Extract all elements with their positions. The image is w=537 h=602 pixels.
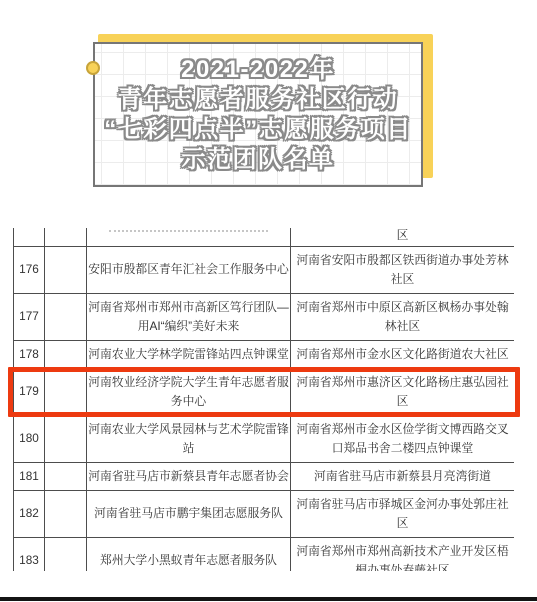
row-number-cell: 179 <box>14 368 45 415</box>
community-cell: 河南省郑州市金水区俭学街文博西路交叉口郑品书舍二楼四点钟课堂 <box>291 415 515 462</box>
team-table: 区 176安阳市殷都区青年汇社会工作服务中心河南省安阳市殷都区铁西街道办事处芳林… <box>13 228 514 571</box>
table-row: 180河南农业大学风景园林与艺术学院雷锋站河南省郑州市金水区俭学街文博西路交叉口… <box>14 415 515 462</box>
table-row: 177河南省郑州市郑州市高新区笃行团队—用AI“编织”美好未来河南省郑州市中原区… <box>14 293 515 340</box>
table-row: 183郑州大学小黑蚁青年志愿者服务队河南省郑州市郑州高新技术产业开发区梧桐办事处… <box>14 537 515 571</box>
banner-card: 2021-2022年 青年志愿者服务社区行动 “七彩四点半”志愿服务项目 示范团… <box>93 42 423 187</box>
table-row: 178河南农业大学林学院雷锋站四点钟课堂河南省郑州市金水区文化路街道农大社区 <box>14 340 515 368</box>
community-cell: 区 <box>291 228 515 246</box>
table-row-clipped: 区 <box>14 228 515 246</box>
row-number-cell <box>14 228 45 246</box>
team-table-container: 区 176安阳市殷都区青年汇社会工作服务中心河南省安阳市殷都区铁西街道办事处芳林… <box>13 228 514 571</box>
row-number-cell: 182 <box>14 490 45 537</box>
banner-title-line-3: “七彩四点半”志愿服务项目 <box>104 115 412 145</box>
table-row: 176安阳市殷都区青年汇社会工作服务中心河南省安阳市殷都区铁西街道办事处芳林社区 <box>14 246 515 293</box>
gap-cell <box>45 246 87 293</box>
screenshot-page: 2021-2022年 青年志愿者服务社区行动 “七彩四点半”志愿服务项目 示范团… <box>0 0 537 602</box>
team-table-body: 区 176安阳市殷都区青年汇社会工作服务中心河南省安阳市殷都区铁西街道办事处芳林… <box>14 228 515 571</box>
organization-cell: 河南省郑州市郑州市高新区笃行团队—用AI“编织”美好未来 <box>87 293 291 340</box>
organization-cell: 安阳市殷都区青年汇社会工作服务中心 <box>87 246 291 293</box>
organization-cell: 河南省驻马店市鹏宇集团志愿服务队 <box>87 490 291 537</box>
row-number-cell: 178 <box>14 340 45 368</box>
banner-title-line-4: 示范团队名单 <box>182 145 335 175</box>
banner-title-line-2: 青年志愿者服务社区行动 <box>118 85 399 115</box>
table-row: 182河南省驻马店市鹏宇集团志愿服务队河南省驻马店市驿城区金河办事处郭庄社区 <box>14 490 515 537</box>
gap-cell <box>45 537 87 571</box>
community-cell: 河南省驻马店市驿城区金河办事处郭庄社区 <box>291 490 515 537</box>
gap-cell <box>45 490 87 537</box>
gap-cell <box>45 228 87 246</box>
row-number-cell: 181 <box>14 462 45 490</box>
table-row: 179河南牧业经济学院大学生青年志愿者服务中心河南省郑州市惠济区文化路杨庄惠弘园… <box>14 368 515 415</box>
gap-cell <box>45 340 87 368</box>
row-number-cell: 180 <box>14 415 45 462</box>
community-cell: 河南省郑州市中原区高新区枫杨办事处翰林社区 <box>291 293 515 340</box>
community-cell: 河南省安阳市殷都区铁西街道办事处芳林社区 <box>291 246 515 293</box>
banner-dot-icon <box>86 61 100 75</box>
table-row: 181河南省驻马店市新蔡县青年志愿者协会河南省驻马店市新蔡县月亮湾街道 <box>14 462 515 490</box>
community-cell: 河南省郑州市郑州高新技术产业开发区梧桐办事处春藤社区 <box>291 537 515 571</box>
row-number-cell: 183 <box>14 537 45 571</box>
organization-cell: 郑州大学小黑蚁青年志愿者服务队 <box>87 537 291 571</box>
banner-title-line-1: 2021-2022年 <box>181 55 335 85</box>
community-cell: 河南省驻马店市新蔡县月亮湾街道 <box>291 462 515 490</box>
community-cell: 河南省郑州市惠济区文化路杨庄惠弘园社区 <box>291 368 515 415</box>
row-number-cell: 176 <box>14 246 45 293</box>
clipped-text-artifact <box>109 230 267 232</box>
gap-cell <box>45 415 87 462</box>
organization-cell: 河南农业大学林学院雷锋站四点钟课堂 <box>87 340 291 368</box>
organization-cell: 河南省驻马店市新蔡县青年志愿者协会 <box>87 462 291 490</box>
gap-cell <box>45 462 87 490</box>
bottom-edge-bar <box>0 597 537 601</box>
gap-cell <box>45 368 87 415</box>
row-number-cell: 177 <box>14 293 45 340</box>
organization-cell: 河南农业大学风景园林与艺术学院雷锋站 <box>87 415 291 462</box>
organization-cell <box>87 228 291 246</box>
gap-cell <box>45 293 87 340</box>
community-cell: 河南省郑州市金水区文化路街道农大社区 <box>291 340 515 368</box>
organization-cell: 河南牧业经济学院大学生青年志愿者服务中心 <box>87 368 291 415</box>
